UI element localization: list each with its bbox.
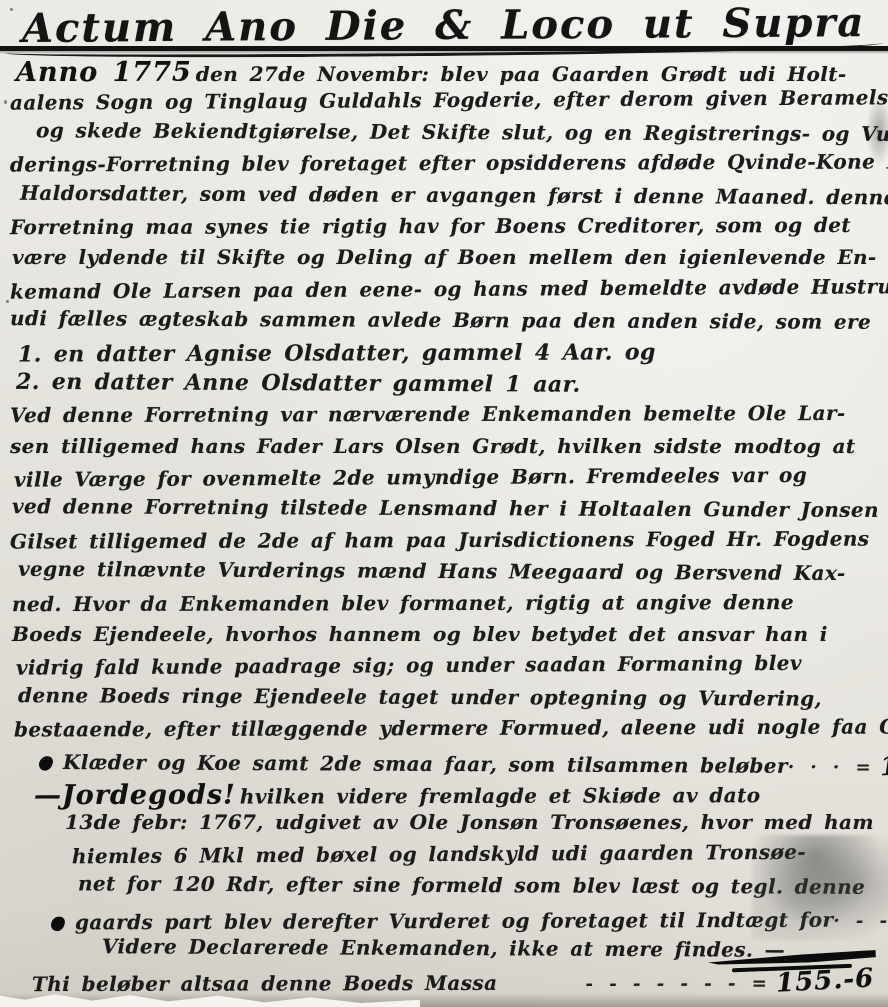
line-text: aalens Sogn og Tinglaug Guldahls Fogderi… [10, 86, 888, 115]
line-text: Haldorsdatter, som ved døden er avgangen… [20, 180, 888, 209]
dot-leader: · · · = [788, 756, 874, 777]
manuscript-line: ville Værge for ovenmelte 2de umyndige B… [10, 462, 882, 499]
manuscript-line: Anno 1775den 27de Novembr: blev paa Gaar… [10, 57, 882, 88]
manuscript-line: kemand Ole Larsen paa den eene- og hans … [10, 274, 882, 311]
line-text: 13de febr: 1767, udgivet av Ole Jonsøn T… [65, 810, 874, 834]
manuscript-line: Videre Declarerede Enkemanden, ikke at m… [10, 934, 882, 970]
manuscript-line: Klæder og Koe samt 2de smaa faar, som ti… [10, 745, 882, 781]
manuscript-line: 1. en datter Agnise Olsdatter, gammel 4 … [10, 338, 882, 372]
line-text: ned. Hvor da Enkemanden blev formanet, r… [12, 590, 794, 616]
line-text: ville Værge for ovenmelte 2de umyndige B… [14, 463, 807, 492]
line-text: Gilset tilligemed de 2de af ham paa Juri… [10, 526, 870, 553]
line-text: Forretning maa synes tie rigtig hav for … [10, 213, 851, 239]
line-text: hiemles 6 Mkl med bøxel og landskyld udi… [72, 840, 806, 868]
ink-blot-bullet-icon [49, 914, 66, 932]
line-text: Ved denne Forretning var nærværende Enke… [10, 401, 846, 427]
ink-speck [10, 8, 13, 11]
line-lead-word: Anno 1775 [16, 57, 192, 88]
line-text: vegne tilnævnte Vurderings mænd Hans Mee… [18, 557, 846, 585]
manuscript-line: Gilset tilligemed de 2de af ham paa Juri… [10, 526, 882, 560]
line-text: ved denne Forretning tilstede Lensmand h… [12, 495, 879, 523]
line-text: gaards part blev derefter Vurderet og fo… [75, 907, 833, 934]
line-text: Videre Declarerede Enkemanden, ikke at m… [102, 934, 785, 962]
line-lead-word: —Jordegods! [34, 780, 236, 812]
manuscript-line: Ved denne Forretning var nærværende Enke… [10, 401, 882, 435]
manuscript-line: 13de febr: 1767, udgivet av Ole Jonsøn T… [10, 810, 882, 841]
ink-speck [4, 100, 7, 104]
manuscript-line: hiemles 6 Mkl med bøxel og landskyld udi… [10, 839, 882, 876]
line-text: 1. en datter Agnise Olsdatter, gammel 4 … [18, 339, 656, 367]
line-text: være lydende til Skifte og Deling af Boe… [12, 245, 877, 269]
manuscript-line: vidrig fald kunde paadrage sig; og under… [10, 651, 882, 688]
scanned-manuscript-page: { "colors": { "paper": "#e9e7e1", "ink":… [0, 0, 888, 1007]
manuscript-body: Anno 1775den 27de Novembr: blev paa Gaar… [10, 57, 882, 999]
manuscript-line: og skede Bekiendtgiørelse, Det Skifte sl… [10, 118, 882, 153]
manuscript-line: ved denne Forretning tilstede Lensmand h… [10, 495, 882, 530]
manuscript-line: Thi beløber altsaa denne Boeds Massa- - … [10, 966, 882, 1000]
line-text: den 27de Novembr: blev paa Gaarden Grødt… [196, 62, 847, 86]
ink-speck [6, 300, 9, 303]
line-text: 2. en datter Anne Olsdatter gammel 1 aar… [16, 369, 581, 398]
line-text: Boeds Ejendeele, hvorhos hannem og blev … [12, 622, 828, 646]
line-text: bestaaende, efter tillæggende ydermere F… [14, 714, 888, 741]
dot-leader: - - - - - - - = [586, 973, 770, 994]
amount-value: 15.-6 [879, 748, 888, 782]
manuscript-line: bestaaende, efter tillæggende ydermere F… [10, 715, 882, 749]
manuscript-line: vegne tilnævnte Vurderings mænd Hans Mee… [10, 557, 882, 593]
manuscript-line: gaards part blev derefter Vurderet og fo… [10, 903, 882, 937]
manuscript-line: ned. Hvor da Enkemanden blev formanet, r… [10, 589, 882, 623]
manuscript-line: sen tilligemed hans Fader Lars Olsen Grø… [10, 434, 882, 465]
manuscript-line: være lydende til Skifte og Deling af Boe… [10, 245, 882, 276]
manuscript-line: net for 120 Rdr, efter sine formeld som … [10, 871, 882, 906]
manuscript-line: udi fælles ægteskab sammen avlede Børn p… [10, 306, 882, 341]
manuscript-line: Boeds Ejendeele, hvorhos hannem og blev … [10, 622, 882, 653]
line-text: Thi beløber altsaa denne Boeds Massa [32, 971, 497, 996]
manuscript-line: Haldorsdatter, som ved døden er avgangen… [10, 180, 882, 216]
ink-blot-bullet-icon [37, 754, 54, 772]
line-text: Klæder og Koe samt 2de smaa faar, som ti… [63, 750, 788, 778]
line-text: hvilken videre fremlagde et Skiøde av da… [240, 783, 761, 808]
line-text: kemand Ole Larsen paa den eene- og hans … [10, 274, 888, 303]
dot-leader: · - - · [833, 910, 888, 931]
manuscript-line: denne Boeds ringe Ejendeele taget under … [10, 683, 882, 718]
manuscript-line: 2. en datter Anne Olsdatter gammel 1 aar… [10, 369, 882, 405]
line-text: vidrig fald kunde paadrage sig; og under… [16, 651, 802, 680]
header-rule [0, 46, 888, 51]
line-text: net for 120 Rdr, efter sine formeld som … [78, 872, 865, 899]
line-text: derings-Forretning blev foretaget efter … [10, 149, 888, 176]
manuscript-line: —Jordegods!hvilken videre fremlagde et S… [10, 778, 882, 812]
line-text: udi fælles ægteskab sammen avlede Børn p… [10, 306, 871, 334]
line-text: denne Boeds ringe Ejendeele taget under … [18, 683, 822, 711]
manuscript-line: Forretning maa synes tie rigtig hav for … [10, 213, 882, 247]
manuscript-line: aalens Sogn og Tinglaug Guldahls Fogderi… [10, 86, 882, 123]
line-text: sen tilligemed hans Fader Lars Olsen Grø… [10, 434, 855, 458]
manuscript-line: derings-Forretning blev foretaget efter … [10, 150, 882, 184]
line-text: og skede Bekiendtgiørelse, Det Skifte sl… [36, 118, 888, 146]
